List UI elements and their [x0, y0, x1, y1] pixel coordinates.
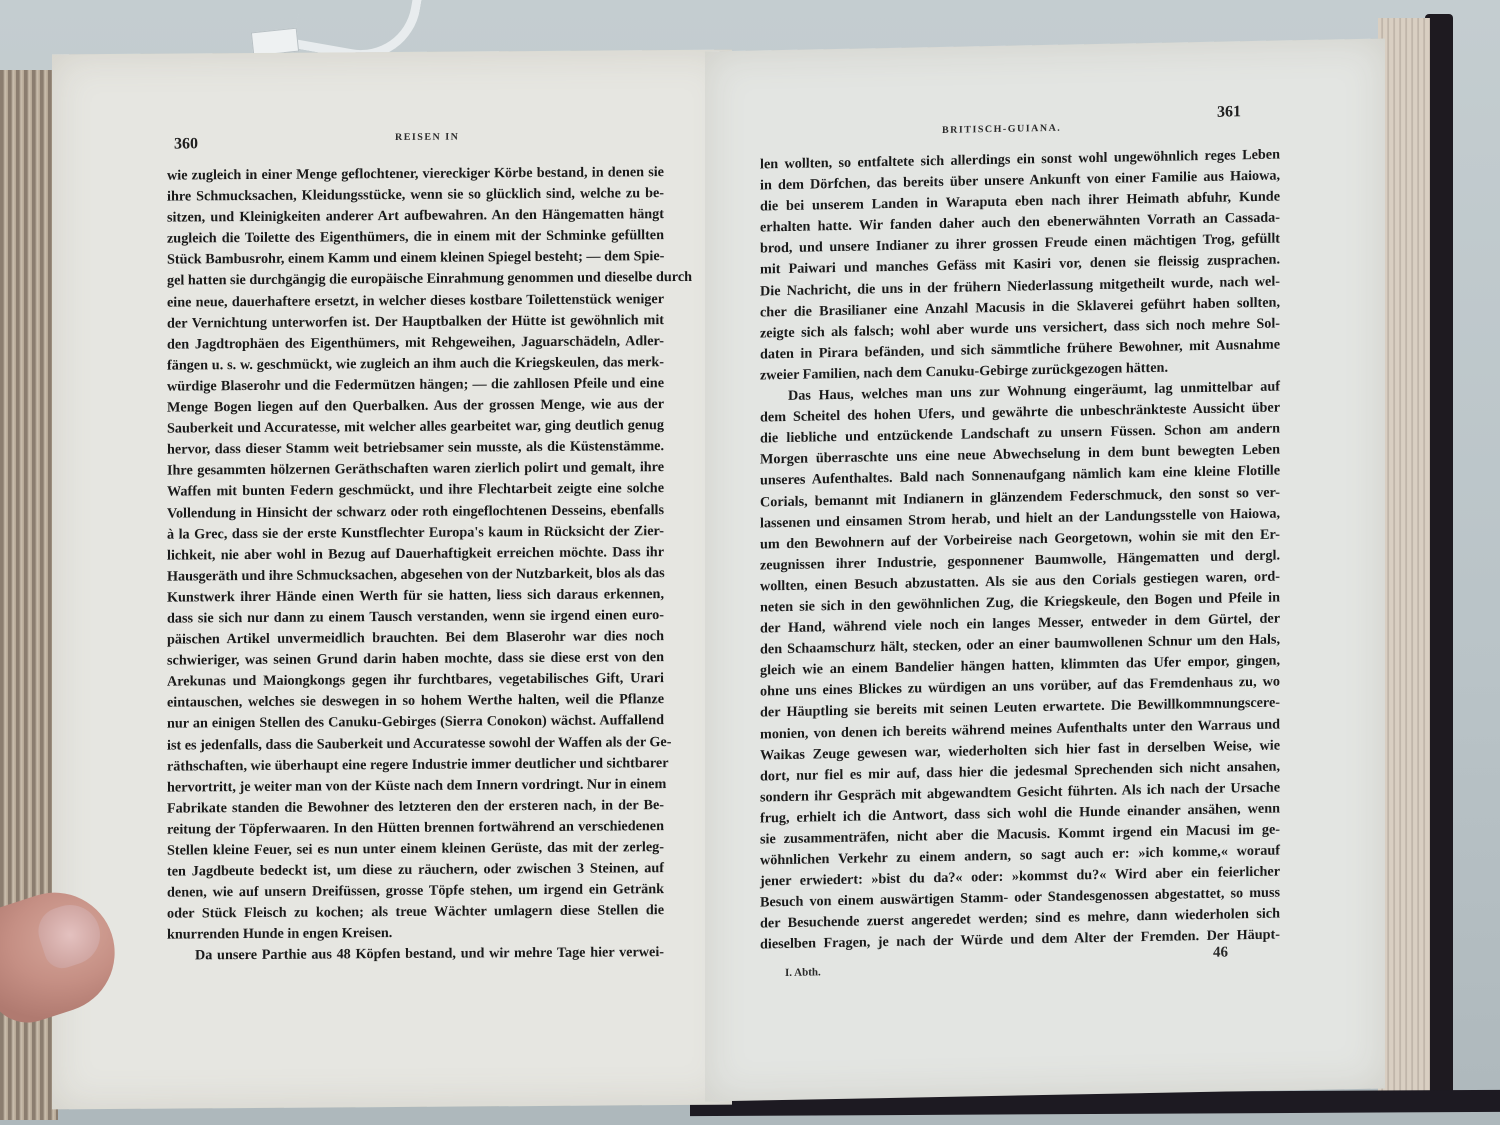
page-number-left: 360	[174, 135, 198, 153]
text-line: räthschaften, wie überhaupt eine regere …	[167, 753, 664, 778]
text-line: oder Stück Fleisch zu kochen; als treue …	[167, 900, 664, 925]
right-page-body: len wollten, so entfaltete sich allerdin…	[760, 144, 1280, 956]
text-line: ist es jedenfalls, dass die Sauberkeit u…	[167, 732, 664, 757]
text-line: Da unsere Parthie aus 48 Köpfen bestand,…	[167, 943, 664, 968]
text-line: gel hatten sie durchgängig die europäisc…	[167, 268, 664, 293]
text-line: à la Grec, dass sie der erste Kunstflech…	[167, 521, 664, 546]
right-page[interactable]: 361 BRITISCH-GUIANA. len wollten, so ent…	[705, 38, 1385, 1101]
right-page-edges	[1378, 18, 1430, 1098]
left-page[interactable]: 360 REISEN IN wie zugleich in einer Meng…	[52, 50, 732, 1110]
text-line: Vollendung in Hinsicht der schwarz oder …	[167, 500, 664, 525]
text-line: eine neue, dauerhaftere ersetzt, in welc…	[167, 289, 664, 314]
running-head-left: REISEN IN	[395, 132, 459, 143]
running-head-right: BRITISCH-GUIANA.	[942, 123, 1061, 136]
text-line: Waffen mit bunten Federn geschmückt, und…	[167, 479, 664, 504]
text-line: nur an einigen Stellen des Canuku-Gebirg…	[167, 711, 664, 736]
footer-sheet-number: 46	[1213, 944, 1228, 961]
footer-signature: I. Abth.	[785, 966, 821, 979]
left-page-body: wie zugleich in einer Menge geflochtener…	[167, 162, 664, 967]
page-number-right: 361	[1217, 103, 1241, 121]
